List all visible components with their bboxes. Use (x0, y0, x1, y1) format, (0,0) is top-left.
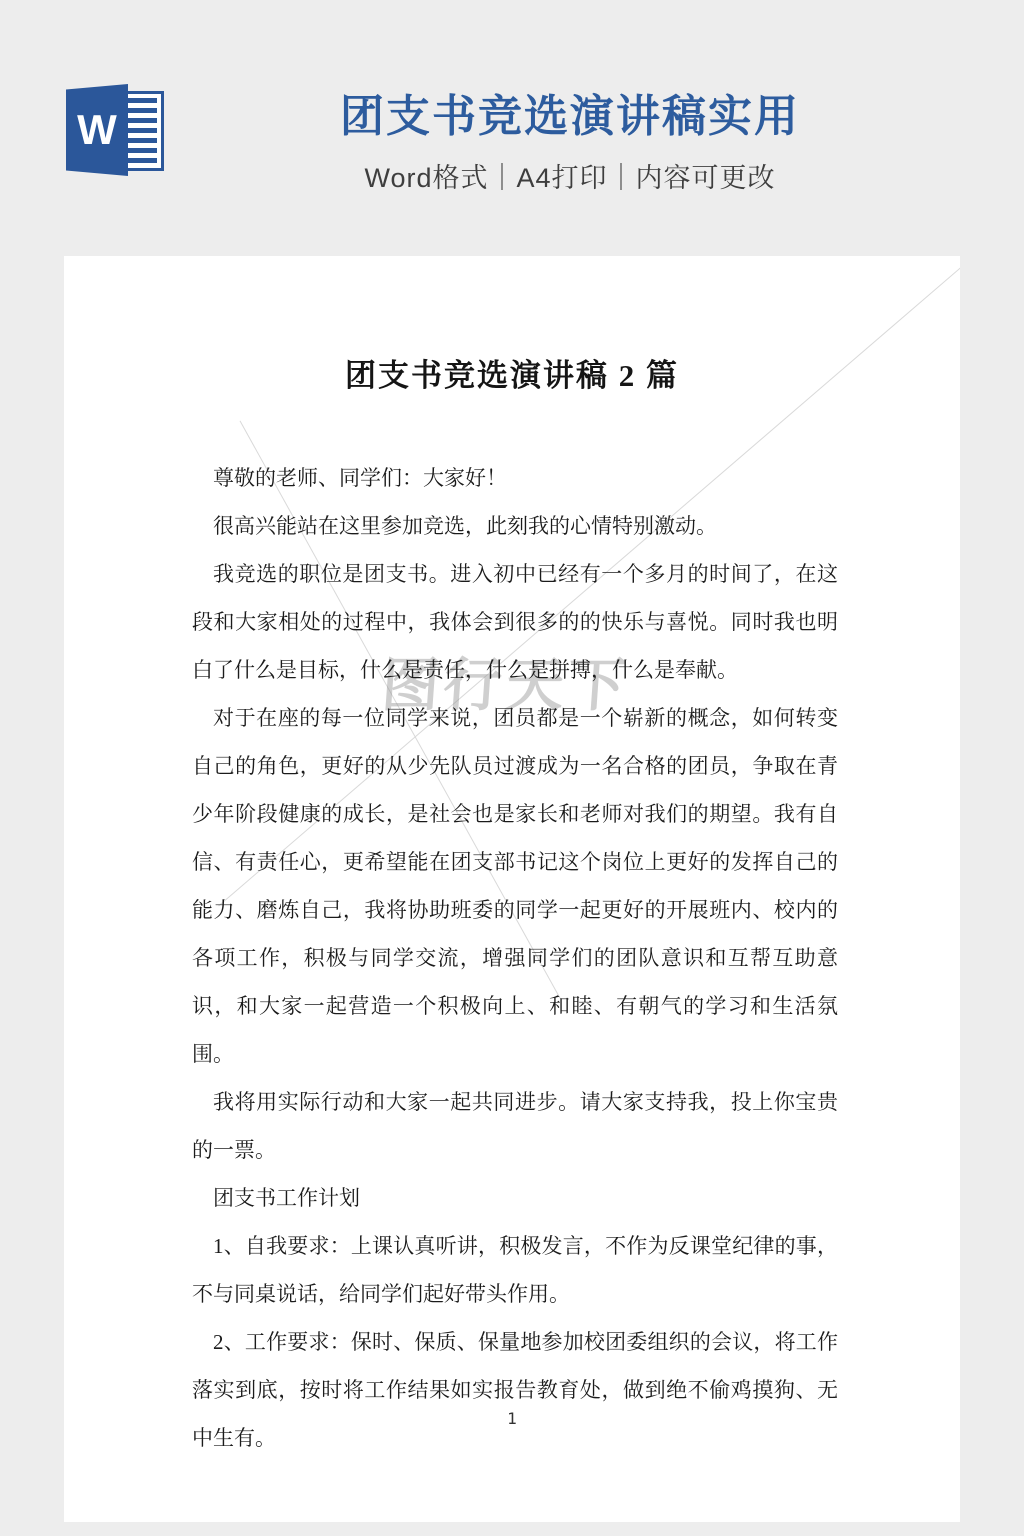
document-paragraph: 很高兴能站在这里参加竞选，此刻我的心情特别激动。 (192, 502, 838, 550)
template-title: 团支书竞选演讲稿实用 (116, 92, 1024, 143)
document-title: 团支书竞选演讲稿 2 篇 (64, 350, 960, 395)
document-page: 图行天下 团支书竞选演讲稿 2 篇 尊敬的老师、同学们：大家好！ 很高兴能站在这… (64, 256, 960, 1522)
document-paragraph: 团支书工作计划 (192, 1174, 838, 1222)
document-paragraph: 我竞选的职位是团支书。进入初中已经有一个多月的时间了，在这段和大家相处的过程中，… (192, 550, 838, 694)
document-body: 尊敬的老师、同学们：大家好！ 很高兴能站在这里参加竞选，此刻我的心情特别激动。 … (192, 454, 838, 1462)
document-paragraph: 尊敬的老师、同学们：大家好！ (192, 454, 838, 502)
template-header: W 团支书竞选演讲稿实用 Word格式｜A4打印｜内容可更改 (0, 0, 1024, 256)
document-paragraph: 1、自我要求：上课认真听讲，积极发言，不作为反课堂纪律的事，不与同桌说话，给同学… (192, 1222, 838, 1318)
header-text-block: 团支书竞选演讲稿实用 Word格式｜A4打印｜内容可更改 (116, 92, 1024, 195)
document-paragraph: 2、工作要求：保时、保质、保量地参加校团委组织的会议，将工作落实到底，按时将工作… (192, 1318, 838, 1462)
page-number: 1 (64, 1409, 960, 1428)
document-paragraph: 对于在座的每一位同学来说，团员都是一个崭新的概念，如何转变自己的角色，更好的从少… (192, 694, 838, 1078)
template-subtitle: Word格式｜A4打印｜内容可更改 (116, 156, 1024, 195)
document-paragraph: 我将用实际行动和大家一起共同进步。请大家支持我，投上你宝贵的一票。 (192, 1078, 838, 1174)
word-icon-letter: W (77, 109, 117, 151)
